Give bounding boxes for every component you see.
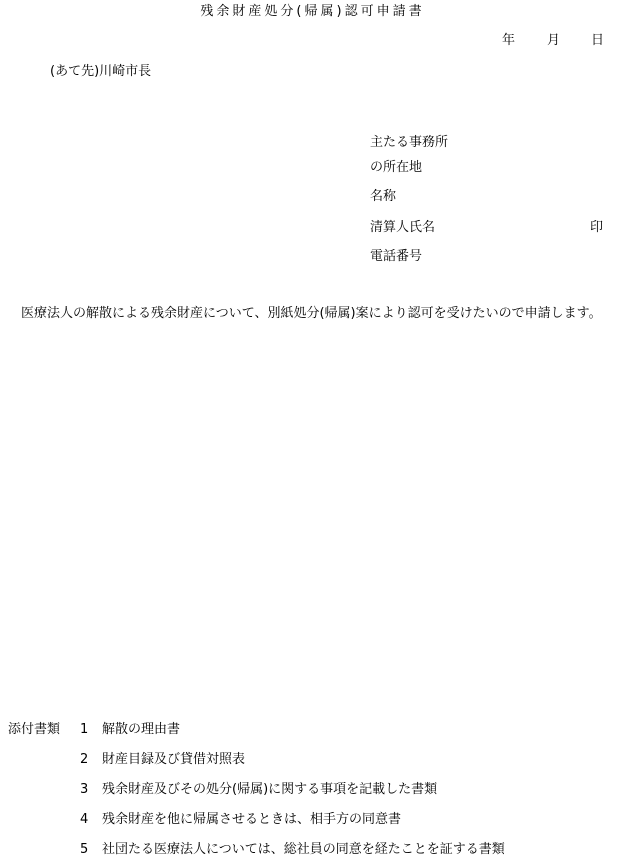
document-title: 残余財産処分(帰属)認可申請書 <box>0 4 625 20</box>
attachment-item: 財産目録及び貸借対照表 <box>102 752 245 768</box>
name-label: 名称 <box>370 189 396 205</box>
attachment-number: 4 <box>80 812 88 828</box>
date-year-label: 年 <box>502 33 515 49</box>
attachment-number: 5 <box>80 842 88 858</box>
date-month-label: 月 <box>547 33 560 49</box>
attachments-heading: 添付書類 <box>8 722 60 738</box>
attachment-number: 1 <box>80 722 88 738</box>
attachment-item: 残余財産及びその処分(帰属)に関する事項を記載した書類 <box>102 782 437 798</box>
attachment-item: 社団たる医療法人については、総社員の同意を経たことを証する書類 <box>102 842 505 858</box>
attachment-item: 解散の理由書 <box>102 722 180 738</box>
phone-label: 電話番号 <box>370 249 422 265</box>
attachment-item: 残余財産を他に帰属させるときは、相手方の同意書 <box>102 812 401 828</box>
application-body-text: 医療法人の解散による残余財産について、別紙処分(帰属)案により認可を受けたいので… <box>8 302 620 326</box>
liquidator-name-label: 清算人氏名 <box>370 220 435 236</box>
date-day-label: 日 <box>591 33 604 49</box>
office-location-label-line2: の所在地 <box>370 160 422 176</box>
office-location-label-line1: 主たる事務所 <box>370 135 448 151</box>
seal-label: 印 <box>590 220 603 236</box>
attachment-number: 3 <box>80 782 88 798</box>
attachment-number: 2 <box>80 752 88 768</box>
addressee: (あて先)川崎市長 <box>50 64 151 80</box>
